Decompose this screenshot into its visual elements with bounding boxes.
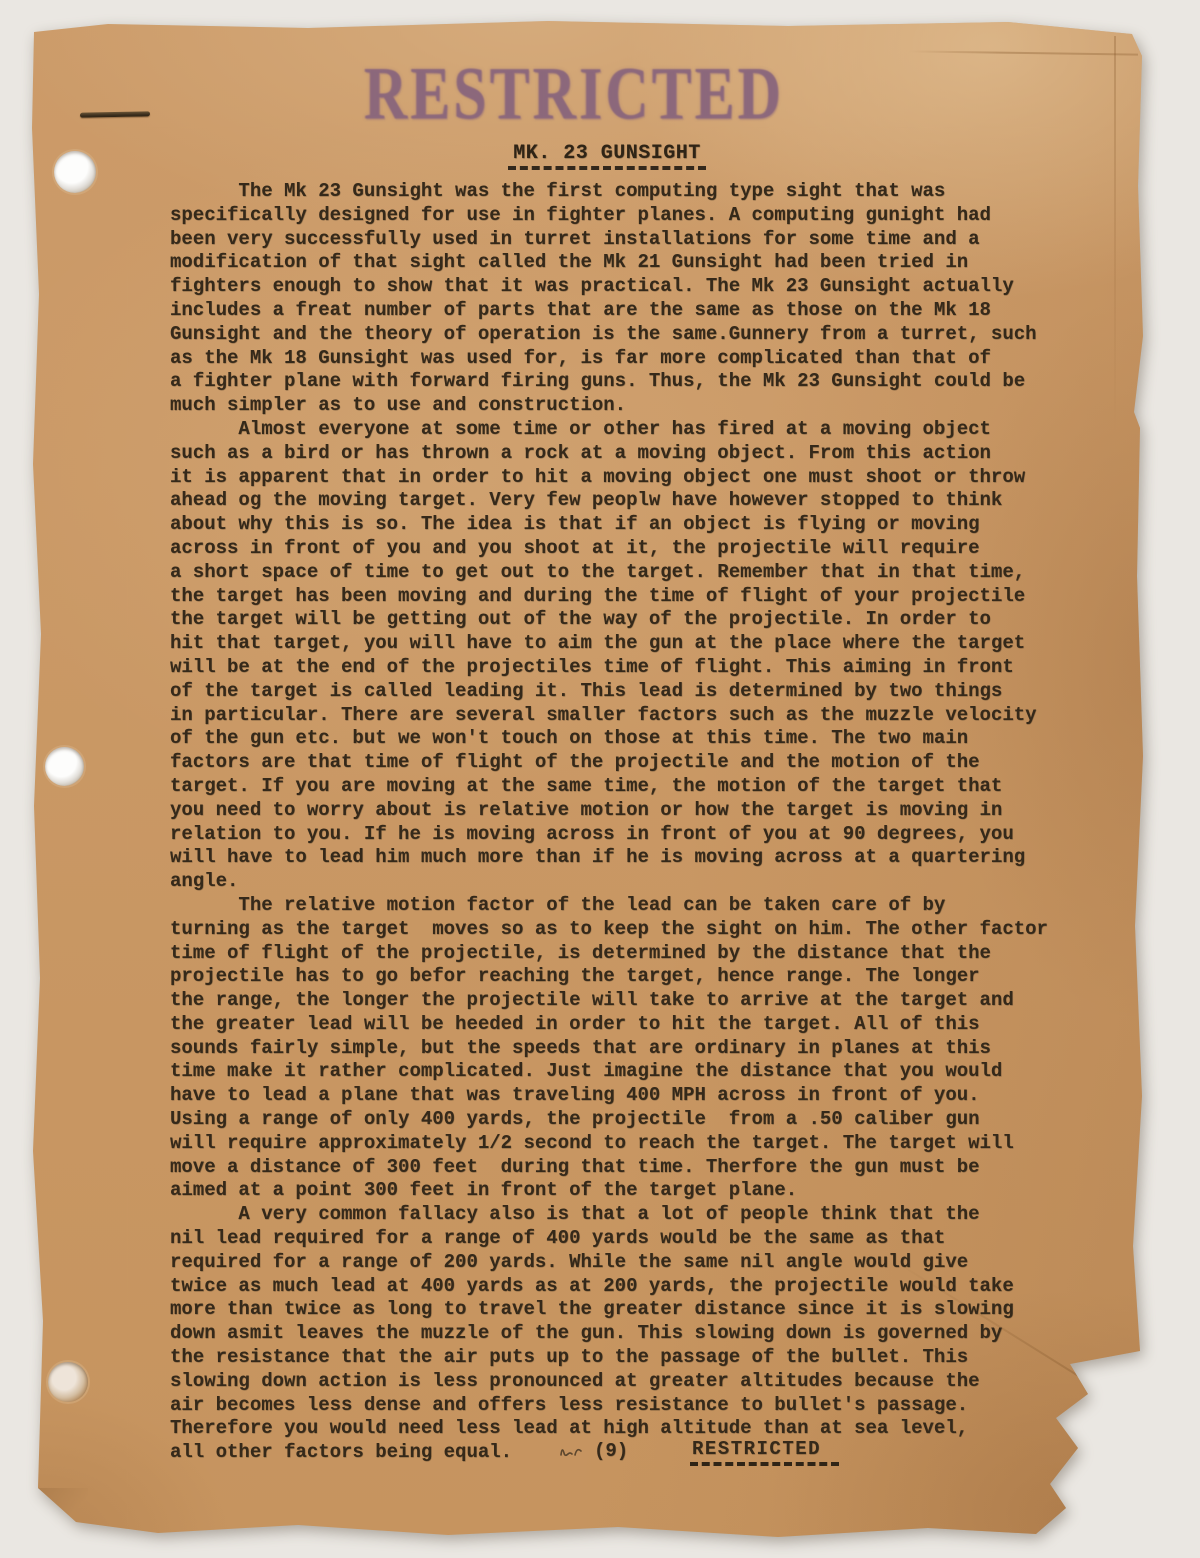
document-page: RESTRICTED MK. 23 GUNSIGHT The Mk 23 Gun…: [28, 16, 1146, 1544]
paper-crease: [908, 50, 1138, 55]
handwritten-mark: (9): [558, 1440, 628, 1462]
document-title: MK. 23 GUNSIGHT: [170, 142, 1044, 170]
paragraph-1: The Mk 23 Gunsight was the first computi…: [170, 180, 1070, 418]
paragraph-4: A very common fallacy also is that a lot…: [170, 1203, 1070, 1465]
pen-squiggle-icon: [558, 1441, 592, 1461]
restricted-stamp-bottom: RESTRICTED: [690, 1438, 839, 1466]
paper-wear: [28, 1488, 88, 1544]
page-footer: (9) RESTRICTED: [170, 1440, 1070, 1470]
page-number: (9): [594, 1440, 628, 1462]
restricted-stamp-top: RESTRICTED: [364, 56, 784, 131]
document-title-text: MK. 23 GUNSIGHT: [508, 142, 706, 170]
punch-hole-middle: [45, 747, 84, 786]
paper-crease: [1114, 36, 1116, 436]
punch-hole-top: [54, 151, 96, 193]
punch-hole-bottom: [48, 1362, 88, 1402]
paragraph-3: The relative motion factor of the lead c…: [170, 894, 1070, 1203]
paragraph-2: Almost everyone at some time or other ha…: [170, 418, 1070, 894]
document-body: The Mk 23 Gunsight was the first computi…: [170, 180, 1070, 1465]
staple: [80, 111, 150, 117]
paper-sheet: RESTRICTED MK. 23 GUNSIGHT The Mk 23 Gun…: [28, 16, 1146, 1544]
